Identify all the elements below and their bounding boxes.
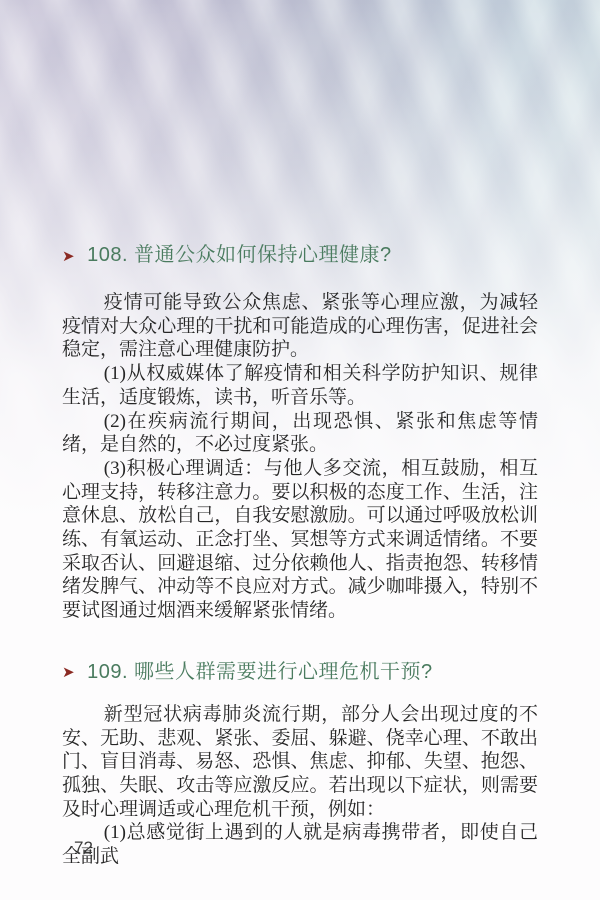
paragraph: 疫情可能导致公众焦虑、紧张等心理应激，为减轻疫情对大众心理的干扰和可能造成的心理… — [62, 291, 538, 362]
section-heading-109: ➤ 109. 哪些人群需要进行心理危机干预? — [62, 660, 538, 684]
paragraph: (1)总感觉街上遇到的人就是病毒携带者，即使自己全副武 — [62, 821, 538, 868]
paragraph: (2)在疾病流行期间，出现恐惧、紧张和焦虑等情绪，是自然的，不必过度紧张。 — [62, 410, 538, 457]
page-number: 72 — [74, 838, 93, 858]
paragraph: (1)从权威媒体了解疫情和相关科学防护知识、规律生活，适度锻炼，读书，听音乐等。 — [62, 362, 538, 409]
section-title-108: 108. 普通公众如何保持心理健康? — [87, 243, 392, 267]
arrow-bullet-icon: ➤ — [62, 249, 75, 264]
book-page: ➤ 108. 普通公众如何保持心理健康? 疫情可能导致公众焦虑、紧张等心理应激，… — [0, 0, 600, 900]
section-title-109: 109. 哪些人群需要进行心理危机干预? — [87, 660, 433, 684]
paragraph: 新型冠状病毒肺炎流行期，部分人会出现过度的不安、无助、悲观、紧张、委屈、躲避、侥… — [62, 703, 538, 822]
section-heading-108: ➤ 108. 普通公众如何保持心理健康? — [62, 243, 538, 267]
arrow-bullet-icon: ➤ — [62, 665, 75, 680]
page-content: ➤ 108. 普通公众如何保持心理健康? 疫情可能导致公众焦虑、紧张等心理应激，… — [62, 0, 538, 869]
paragraph: (3)积极心理调适：与他人多交流，相互鼓励，相互心理支持，转移注意力。要以积极的… — [62, 457, 538, 623]
